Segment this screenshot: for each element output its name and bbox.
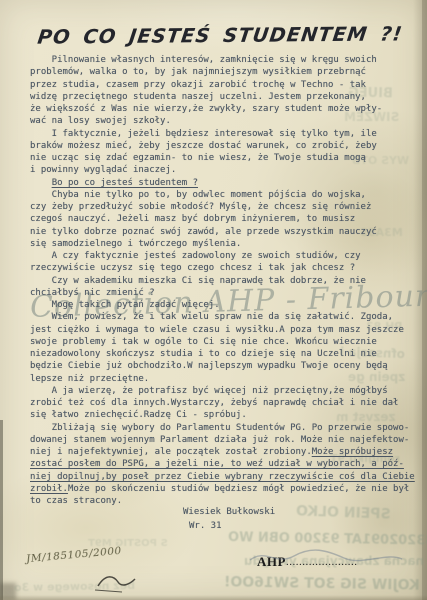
body-passage: Pilnowanie własnych interesów, zamknięci… [30, 55, 382, 188]
scan-corner-smudge [0, 583, 16, 600]
signature-unit: Wr. 31 [189, 521, 222, 531]
stamp-dotted-line: ...................... [286, 556, 358, 568]
scan-edge-right-line [422, 0, 427, 600]
stamp-label: AHP [257, 554, 286, 569]
underlined-passage: Bo po co jesteś studentem ? [52, 178, 198, 188]
body-passage: Chyba nie tylko po to, by odwlec moment … [30, 190, 409, 457]
scan-edge-bottom-shade [0, 595, 427, 600]
verso-bleedthrough-text: KOJIW SIG 3OT SW16OO! [224, 574, 420, 593]
verso-bleedthrough-text: LIB3202091AT 93200 OBN WO [228, 530, 427, 549]
handwritten-reference: JM/185105/2000 [26, 545, 123, 565]
signature-name: Wiesiek Bułkowski [183, 507, 275, 517]
scanned-leaflet-page: BIUEGSIWZEMWYS OTBM3A5SPH 83ofnsasja izp… [0, 0, 427, 600]
ahp-stamp: AHP...................... [257, 553, 357, 571]
body-passage: Może po skończeniu studiów będziesz mógł… [30, 484, 409, 506]
typewritten-body: Pilnowanie własnych interesów, zamknięci… [30, 54, 422, 507]
ink-flourish-mark [92, 570, 140, 594]
page-title: PO CO JESTEŚ STUDENTEM ?! [36, 22, 404, 48]
scan-edge-left-line [0, 420, 3, 600]
verso-bleedthrough-text: bez nosowege w 3o [14, 579, 135, 594]
